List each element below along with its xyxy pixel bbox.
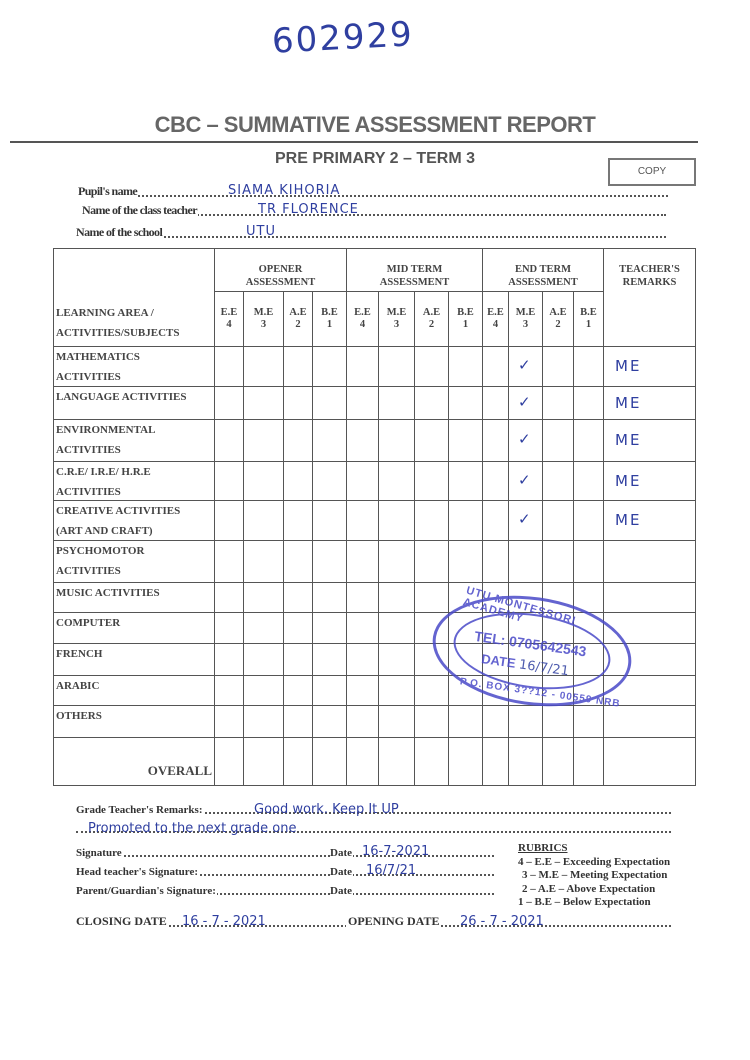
class-teacher-label: Name of the class teacher <box>82 203 198 218</box>
grade-cell[interactable] <box>346 675 379 706</box>
grade-cell[interactable] <box>346 419 379 462</box>
grade-cell[interactable] <box>482 705 509 738</box>
grade-cell[interactable] <box>448 386 483 420</box>
grade-cell[interactable] <box>542 461 574 501</box>
grade-cell[interactable] <box>312 419 347 462</box>
grade-cell[interactable] <box>214 346 244 387</box>
check-mark-icon: ✓ <box>518 393 531 411</box>
grade-cell[interactable] <box>312 500 347 541</box>
grade-cell[interactable] <box>573 500 604 541</box>
subject-cell: FRENCH <box>53 643 215 676</box>
pupil-name-field[interactable]: Pupil's name SIAMA KIHORIA <box>78 181 668 199</box>
group-header-line: END TERM <box>483 263 603 276</box>
grade-cell[interactable] <box>346 346 379 387</box>
overall-grade-cell[interactable] <box>414 737 449 786</box>
subject-name: ACTIVITIES <box>56 440 214 460</box>
grade-cell[interactable] <box>283 346 313 387</box>
remarks-header-line: REMARKS <box>604 276 695 289</box>
grade-cell[interactable] <box>243 461 284 501</box>
overall-grade-cell[interactable] <box>448 737 483 786</box>
subject-name: CREATIVE ACTIVITIES <box>56 501 214 521</box>
grade-score: 1 <box>574 319 603 331</box>
grade-cell[interactable] <box>283 419 313 462</box>
grade-cell[interactable] <box>378 582 415 613</box>
overall-grade-cell[interactable] <box>312 737 347 786</box>
grade-cell[interactable] <box>378 346 415 387</box>
grade-cell[interactable] <box>573 705 604 738</box>
grade-cell[interactable] <box>214 386 244 420</box>
grade-cell[interactable] <box>414 461 449 501</box>
opening-date-label: OPENING DATE <box>346 914 440 929</box>
grade-cell[interactable] <box>214 705 244 738</box>
head-teacher-signature-row[interactable]: Head teacher's Signature: Date 16/7/21 <box>76 862 494 878</box>
grade-cell[interactable] <box>312 675 347 706</box>
teacher-remark: ME <box>615 394 641 412</box>
teacher-remark: ME <box>615 431 641 449</box>
head-date-label: Date <box>330 866 353 878</box>
grade-cell[interactable] <box>542 705 574 738</box>
subject-cell: ENVIRONMENTALACTIVITIES <box>53 419 215 462</box>
grade-cell[interactable] <box>573 419 604 462</box>
remark-cell[interactable] <box>603 582 696 613</box>
school-name-value: UTU <box>246 224 276 239</box>
grade-cell[interactable] <box>214 675 244 706</box>
teacher-remark: ME <box>615 511 641 529</box>
signature-row[interactable]: Signature Date 16-7-2021 <box>76 843 494 859</box>
closing-date-label: CLOSING DATE <box>76 914 168 929</box>
subject-cell: CREATIVE ACTIVITIES(ART AND CRAFT) <box>53 500 215 541</box>
grade-cell[interactable] <box>482 540 509 583</box>
grade-code: A.E <box>415 307 448 319</box>
grade-cell[interactable] <box>378 386 415 420</box>
grade-cell[interactable] <box>312 346 347 387</box>
grade-cell[interactable] <box>346 386 379 420</box>
grade-cell[interactable] <box>243 675 284 706</box>
grade-cell[interactable] <box>378 675 415 706</box>
remarks-label: Grade Teacher's Remarks: <box>76 804 203 816</box>
grade-cell[interactable] <box>214 461 244 501</box>
grade-column-header: E.E4 <box>482 291 509 347</box>
grade-cell[interactable] <box>283 582 313 613</box>
subject-name: ENVIRONMENTAL <box>56 420 214 440</box>
grade-cell[interactable] <box>243 612 284 644</box>
group-header-line: MID TERM <box>347 263 482 276</box>
overall-grade-cell[interactable] <box>508 737 543 786</box>
overall-label: OVERALL <box>148 761 212 781</box>
grade-column-header: B.E1 <box>573 291 604 347</box>
grade-cell[interactable] <box>378 612 415 644</box>
grade-cell[interactable] <box>243 346 284 387</box>
grade-cell[interactable] <box>414 540 449 583</box>
grade-cell[interactable] <box>414 346 449 387</box>
group-header-line: ASSESSMENT <box>483 276 603 289</box>
grade-cell[interactable] <box>214 500 244 541</box>
grade-column-header: B.E1 <box>312 291 347 347</box>
grade-cell[interactable] <box>243 582 284 613</box>
grade-column-header: M.E3 <box>508 291 543 347</box>
grade-cell[interactable] <box>414 419 449 462</box>
grade-cell[interactable] <box>346 500 379 541</box>
grade-cell[interactable] <box>482 346 509 387</box>
report-title: CBC – SUMMATIVE ASSESSMENT REPORT <box>0 112 750 138</box>
grade-cell[interactable] <box>378 500 415 541</box>
remark-cell[interactable] <box>603 540 696 583</box>
grade-code: M.E <box>379 307 414 319</box>
parent-signature-label: Parent/Guardian's Signature: <box>76 885 217 897</box>
grade-cell[interactable] <box>243 643 284 676</box>
serial-number: 602929 <box>271 14 415 61</box>
grade-cell[interactable] <box>283 461 313 501</box>
overall-grade-cell[interactable] <box>482 737 509 786</box>
rubric-item: 4 – E.E – Exceeding Expectation <box>518 856 670 870</box>
group-header-3: END TERMASSESSMENT <box>482 248 604 292</box>
grade-code: E.E <box>483 307 508 319</box>
grade-code: A.E <box>543 307 573 319</box>
grade-cell[interactable] <box>414 675 449 706</box>
check-mark-icon: ✓ <box>518 510 531 528</box>
grade-cell[interactable] <box>448 500 483 541</box>
grade-column-header: A.E2 <box>283 291 313 347</box>
subject-name: (ART AND CRAFT) <box>56 521 214 541</box>
rubric-item: 3 – M.E – Meeting Expectation <box>518 869 670 883</box>
pupil-name-label: Pupil's name <box>78 184 138 199</box>
grade-score: 4 <box>215 319 243 331</box>
grade-cell[interactable] <box>378 461 415 501</box>
grade-score: 4 <box>483 319 508 331</box>
grade-cell[interactable] <box>346 461 379 501</box>
pupil-name-value: SIAMA KIHORIA <box>228 183 340 198</box>
grade-cell[interactable] <box>346 705 379 738</box>
subject-cell: LANGUAGE ACTIVITIES <box>53 386 215 420</box>
grade-cell[interactable] <box>312 386 347 420</box>
subject-cell: MUSIC ACTIVITIES <box>53 582 215 613</box>
parent-date-label: Date <box>330 885 353 897</box>
grade-cell[interactable] <box>414 582 449 613</box>
grade-column-header: M.E3 <box>243 291 284 347</box>
grade-column-header: A.E2 <box>542 291 574 347</box>
grade-code: B.E <box>313 307 346 319</box>
grade-cell[interactable] <box>283 643 313 676</box>
group-header-line: ASSESSMENT <box>347 276 482 289</box>
head-date: 16/7/21 <box>366 863 416 878</box>
grade-cell[interactable] <box>378 540 415 583</box>
grade-code: M.E <box>509 307 542 319</box>
subject-name: C.R.E/ I.R.E/ H.R.E <box>56 462 214 482</box>
school-name-label: Name of the school <box>76 225 163 240</box>
grade-cell[interactable] <box>346 643 379 676</box>
grade-column-header: M.E3 <box>378 291 415 347</box>
opening-date-value: 26 - 7 - 2021 <box>460 914 544 929</box>
grade-code: B.E <box>449 307 482 319</box>
group-header-1: OPENERASSESSMENT <box>214 248 347 292</box>
grade-cell[interactable] <box>508 705 543 738</box>
teacher-remark: ME <box>615 357 641 375</box>
grade-score: 2 <box>543 319 573 331</box>
subject-header-line: LEARNING AREA / <box>56 303 214 323</box>
grade-column-header: E.E4 <box>214 291 244 347</box>
subject-name: MATHEMATICS <box>56 347 214 367</box>
grade-cell[interactable] <box>378 643 415 676</box>
parent-signature-row[interactable]: Parent/Guardian's Signature: Date <box>76 881 494 897</box>
overall-grade-cell[interactable] <box>573 737 604 786</box>
grade-cell[interactable] <box>346 540 379 583</box>
grade-cell[interactable] <box>508 540 543 583</box>
grade-column-header: A.E2 <box>414 291 449 347</box>
grade-code: A.E <box>284 307 312 319</box>
grade-cell[interactable] <box>542 540 574 583</box>
grade-score: 2 <box>284 319 312 331</box>
grade-cell[interactable] <box>214 643 244 676</box>
grade-cell[interactable] <box>283 386 313 420</box>
dates-row[interactable]: CLOSING DATE 16 - 7 - 2021 OPENING DATE … <box>76 913 671 929</box>
check-mark-icon: ✓ <box>518 356 531 374</box>
rubrics-heading: RUBRICS <box>518 842 670 856</box>
title-divider <box>10 141 698 143</box>
grade-teacher-remarks-line-2[interactable]: Promoted to the next grade one <box>76 819 671 835</box>
grade-cell[interactable] <box>378 419 415 462</box>
grade-cell[interactable] <box>312 540 347 583</box>
grade-cell[interactable] <box>214 419 244 462</box>
grade-cell[interactable] <box>414 386 449 420</box>
grade-score: 2 <box>415 319 448 331</box>
grade-cell[interactable] <box>312 612 347 644</box>
grade-cell[interactable] <box>542 386 574 420</box>
grade-cell[interactable] <box>573 540 604 583</box>
grade-cell[interactable] <box>378 705 415 738</box>
grade-column-header: E.E4 <box>346 291 379 347</box>
group-header-2: MID TERMASSESSMENT <box>346 248 483 292</box>
overall-grade-cell[interactable] <box>243 737 284 786</box>
grade-cell[interactable] <box>214 582 244 613</box>
check-mark-icon: ✓ <box>518 430 531 448</box>
teachers-remarks-header: TEACHER'SREMARKS <box>603 248 696 347</box>
teacher-remark: ME <box>615 472 641 490</box>
head-signature-label: Head teacher's Signature: <box>76 866 199 878</box>
overall-grade-cell[interactable] <box>283 737 313 786</box>
grade-cell[interactable] <box>312 582 347 613</box>
grade-cell[interactable] <box>448 540 483 583</box>
grade-teacher-remarks[interactable]: Grade Teacher's Remarks: Good work. Keep… <box>76 800 671 816</box>
grade-cell[interactable] <box>542 346 574 387</box>
remarks-header-line: TEACHER'S <box>604 263 695 276</box>
signature-date: 16-7-2021 <box>362 844 429 859</box>
grade-cell[interactable] <box>283 540 313 583</box>
grade-cell[interactable] <box>283 675 313 706</box>
grade-cell[interactable] <box>243 705 284 738</box>
rubric-item: 1 – B.E – Below Expectation <box>518 896 670 910</box>
grade-cell[interactable] <box>214 612 244 644</box>
grade-cell[interactable] <box>414 705 449 738</box>
remarks-line-2: Promoted to the next grade one <box>88 821 296 836</box>
subject-name: ARABIC <box>56 676 214 696</box>
subject-column-header: LEARNING AREA /ACTIVITIES/SUBJECTS <box>53 291 215 347</box>
grade-cell[interactable] <box>243 540 284 583</box>
grade-code: E.E <box>347 307 378 319</box>
remarks-line-1: Good work. Keep It UP <box>254 802 399 817</box>
closing-date-value: 16 - 7 - 2021 <box>182 914 266 929</box>
school-name-field[interactable]: Name of the school UTU <box>76 222 666 240</box>
grade-cell[interactable] <box>482 500 509 541</box>
group-header-line: ASSESSMENT <box>215 276 346 289</box>
grade-code: E.E <box>215 307 243 319</box>
subject-name: ACTIVITIES <box>56 482 214 502</box>
grade-code: M.E <box>244 307 283 319</box>
grade-score: 3 <box>379 319 414 331</box>
overall-grade-cell[interactable] <box>603 737 696 786</box>
grade-cell[interactable] <box>573 346 604 387</box>
grade-cell[interactable] <box>283 612 313 644</box>
grade-score: 3 <box>244 319 283 331</box>
class-teacher-value: TR FLORENCE <box>258 202 359 217</box>
subject-cell: C.R.E/ I.R.E/ H.R.EACTIVITIES <box>53 461 215 501</box>
grade-cell[interactable] <box>346 582 379 613</box>
subject-cell: PSYCHOMOTORACTIVITIES <box>53 540 215 583</box>
check-mark-icon: ✓ <box>518 471 531 489</box>
overall-cell: OVERALL <box>53 737 215 786</box>
subject-cell: OTHERS <box>53 705 215 738</box>
grade-cell[interactable] <box>573 386 604 420</box>
overall-grade-cell[interactable] <box>214 737 244 786</box>
grade-score: 1 <box>313 319 346 331</box>
grade-cell[interactable] <box>283 705 313 738</box>
class-teacher-field[interactable]: Name of the class teacher TR FLORENCE <box>82 200 666 218</box>
grade-cell[interactable] <box>482 386 509 420</box>
subject-name: LANGUAGE ACTIVITIES <box>56 387 214 407</box>
grade-score: 4 <box>347 319 378 331</box>
grade-cell[interactable] <box>448 461 483 501</box>
grade-cell[interactable] <box>448 419 483 462</box>
subject-name: ACTIVITIES <box>56 561 214 581</box>
subject-cell: MATHEMATICSACTIVITIES <box>53 346 215 387</box>
overall-grade-cell[interactable] <box>542 737 574 786</box>
subject-cell: COMPUTER <box>53 612 215 644</box>
subject-name: FRENCH <box>56 644 214 664</box>
grade-cell[interactable] <box>243 500 284 541</box>
subject-name: PSYCHOMOTOR <box>56 541 214 561</box>
grade-cell[interactable] <box>482 461 509 501</box>
overall-grade-cell[interactable] <box>346 737 379 786</box>
subject-header-line: ACTIVITIES/SUBJECTS <box>56 323 214 343</box>
remark-cell[interactable] <box>603 705 696 738</box>
grade-cell[interactable] <box>542 500 574 541</box>
grade-cell[interactable] <box>448 705 483 738</box>
grade-cell[interactable] <box>312 705 347 738</box>
grade-score: 3 <box>509 319 542 331</box>
grade-cell[interactable] <box>283 500 313 541</box>
overall-grade-cell[interactable] <box>378 737 415 786</box>
rubrics-legend: RUBRICS 4 – E.E – Exceeding Expectation … <box>518 842 670 910</box>
rubric-item: 2 – A.E – Above Expectation <box>518 883 670 897</box>
group-header-line: OPENER <box>215 263 346 276</box>
subject-name: OTHERS <box>56 706 214 726</box>
grade-score: 1 <box>449 319 482 331</box>
grade-cell[interactable] <box>542 419 574 462</box>
subject-cell: ARABIC <box>53 675 215 706</box>
grade-code: B.E <box>574 307 603 319</box>
grade-cell[interactable] <box>482 419 509 462</box>
grade-cell[interactable] <box>414 500 449 541</box>
grade-cell[interactable] <box>312 643 347 676</box>
grade-cell[interactable] <box>448 346 483 387</box>
subject-name: COMPUTER <box>56 613 214 633</box>
subject-name: MUSIC ACTIVITIES <box>56 583 214 603</box>
signature-date-label: Date <box>330 847 353 859</box>
grade-cell[interactable] <box>573 461 604 501</box>
subject-name: ACTIVITIES <box>56 367 214 387</box>
grade-cell[interactable] <box>243 419 284 462</box>
grade-cell[interactable] <box>214 540 244 583</box>
grade-cell[interactable] <box>312 461 347 501</box>
grade-cell[interactable] <box>346 612 379 644</box>
signature-label: Signature <box>76 847 123 859</box>
grade-cell[interactable] <box>243 386 284 420</box>
grade-column-header: B.E1 <box>448 291 483 347</box>
